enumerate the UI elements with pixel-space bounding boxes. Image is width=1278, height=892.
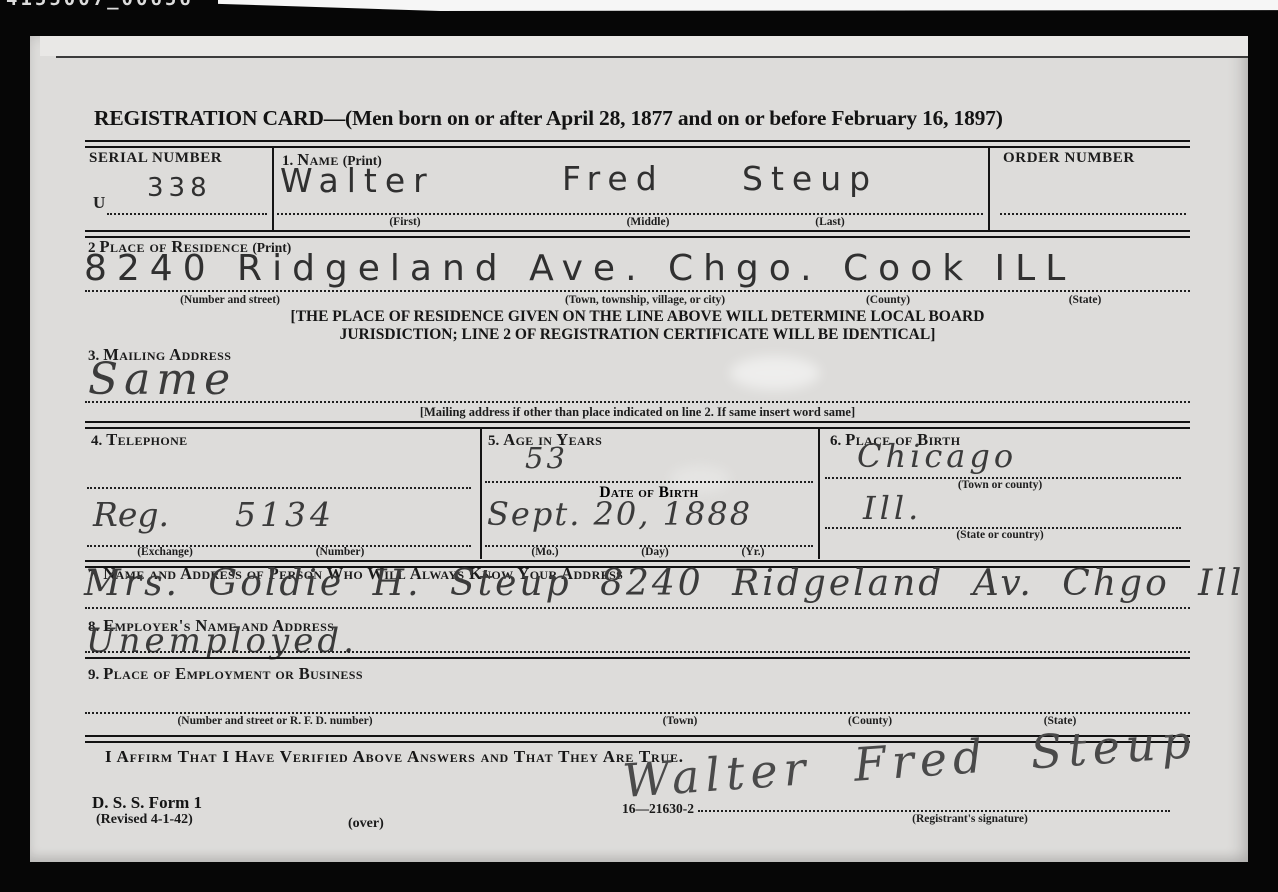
form-revision: (Revised 4-1-42) [96, 812, 193, 828]
card-stacked-edge [40, 36, 1248, 56]
signature-sublabel: (Registrant's signature) [912, 813, 1028, 825]
order-number-label: ORDER NUMBER [1003, 150, 1135, 167]
handwritten-middle-name: Fred [562, 159, 665, 198]
handwritten-telephone-exchange: Reg. [93, 495, 169, 534]
mailing-line [85, 401, 1190, 403]
over-note: (over) [348, 816, 384, 832]
row-telephone-age-birth: 4. Telephone Reg. 5134 (Exchange) (Numbe… [85, 427, 1190, 559]
card-title: REGISTRATION CARD—(Men born on or after … [94, 106, 1003, 131]
column-divider [818, 427, 820, 559]
handwritten-mailing-address: Same [88, 354, 236, 405]
serial-number-line [107, 213, 267, 215]
signature-line [698, 810, 1170, 812]
scan-corner-id: 4155007_00656 [6, 0, 256, 10]
sublabel-last: (Last) [815, 216, 844, 228]
order-number-line [1000, 213, 1186, 215]
employer-line [85, 651, 1190, 653]
scan-smudge [730, 356, 820, 390]
sublabel-town: (Town, township, village, or city) [565, 294, 725, 306]
telephone-label: 4. Telephone [91, 430, 188, 450]
sublabel-county: (County) [866, 294, 910, 306]
sublabel-number: (Number) [316, 546, 365, 558]
handwritten-age: 53 [525, 441, 568, 475]
telephone-text: Telephone [106, 430, 187, 449]
sublabel-exchange: (Exchange) [137, 546, 193, 558]
mailing-note: [Mailing address if other than place ind… [85, 405, 1190, 420]
employment-line [85, 712, 1190, 714]
column-divider [272, 147, 274, 230]
column-divider [480, 427, 482, 559]
sublabel-middle: (Middle) [627, 216, 670, 228]
handwritten-residence: 8240 Ridgeland Ave. Chgo. Cook ILL [84, 248, 1075, 289]
telephone-number-prefix: 4. [91, 433, 102, 449]
residence-line [85, 290, 1190, 292]
age-number-prefix: 5. [488, 433, 499, 449]
scan-top-margin [218, 0, 1278, 11]
handwritten-birth-state: Ill. [863, 489, 922, 527]
telephone-blank-line [87, 487, 471, 489]
handwritten-birth-town: Chicago [857, 437, 1017, 475]
sublabel-street-rfd: (Number and street or R. F. D. number) [177, 715, 372, 727]
handwritten-last-name: Steup [742, 159, 878, 198]
column-divider [988, 147, 990, 230]
employment-number-prefix: 9. [88, 667, 99, 683]
sublabel-state: (State) [1069, 294, 1102, 306]
handwritten-date-of-birth: Sept. 20, 1888 [487, 495, 752, 533]
row-serial-name-order: SERIAL NUMBER 1. Name (Print) ORDER NUMB… [85, 147, 1190, 230]
name-line [277, 213, 983, 215]
handwritten-first-name: Walter [280, 161, 435, 200]
handwritten-telephone-number: 5134 [235, 495, 335, 534]
handwritten-contact-person: Mrs. Goldie H. Steup 8240 Ridgeland Av. … [84, 563, 1244, 604]
registration-card: REGISTRATION CARD—(Men born on or after … [30, 36, 1248, 862]
birth-number-prefix: 6. [830, 433, 841, 449]
sublabel-day: (Day) [641, 546, 668, 558]
serial-number-label: SERIAL NUMBER [89, 150, 222, 167]
handwritten-employer: Unemployed. [86, 621, 358, 661]
sublabel-first: (First) [389, 216, 420, 228]
print-code: 16—21630-2 [622, 801, 694, 817]
form-identifier: D. S. S. Form 1 [92, 793, 202, 813]
sublabel-state-or-country: (State or country) [956, 529, 1043, 541]
sublabel-town: (Town) [663, 715, 698, 727]
contact-line [85, 607, 1190, 609]
age-line [485, 481, 813, 483]
employment-text: Place of Employment or Business [103, 664, 363, 683]
card-edge-seam [56, 56, 1248, 58]
sublabel-year: (Yr.) [742, 546, 765, 558]
jurisdiction-note-line2: JURISDICTION; LINE 2 OF REGISTRATION CER… [85, 326, 1190, 344]
jurisdiction-note-line1: [THE PLACE OF RESIDENCE GIVEN ON THE LIN… [85, 308, 1190, 326]
sublabel-county: (County) [848, 715, 892, 727]
sublabel-month: (Mo.) [531, 546, 558, 558]
scan-corner-id-text: 4155007_00656 [6, 0, 256, 10]
divider-rule [85, 657, 1190, 659]
serial-number-value: 338 [147, 173, 212, 203]
handwritten-signature: Walter Fred Steup [621, 714, 1199, 808]
employment-place-label: 9. Place of Employment or Business [88, 664, 363, 684]
serial-number-prefix: U [93, 193, 105, 213]
sublabel-town-or-county: (Town or county) [958, 479, 1042, 491]
scanned-document-page: 4155007_00656 REGISTRATION CARD—(Men bor… [0, 0, 1278, 892]
sublabel-number-street: (Number and street) [180, 294, 280, 306]
affirmation-statement: I Affirm That I Have Verified Above Answ… [105, 747, 684, 767]
